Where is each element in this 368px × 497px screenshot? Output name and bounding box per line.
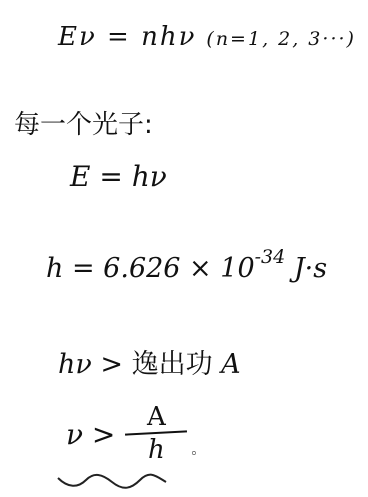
fraction-numerator: A xyxy=(147,402,166,432)
period-mark: 。 xyxy=(191,439,205,459)
work-function-term: 逸出功 xyxy=(132,349,213,380)
planck-unit: J·s xyxy=(285,253,327,284)
planck-exponent: -34 xyxy=(255,246,286,268)
planck-base: h = 6.626 × 10 xyxy=(46,253,255,284)
quantized-energy-formula: Eν = nhν(n=1, 2, 3···) xyxy=(58,22,356,52)
fraction: A h xyxy=(125,402,187,466)
condition-lhs: hν > xyxy=(58,349,132,380)
wavy-underline xyxy=(56,470,168,492)
n-condition: (n=1, 2, 3···) xyxy=(206,28,356,50)
each-photon-label: 每一个光子: xyxy=(14,104,153,141)
planck-constant: h = 6.626 × 10-34 J·s xyxy=(46,246,327,284)
photon-energy-formula: E = hν xyxy=(70,160,167,193)
frequency-lhs: ν > xyxy=(66,418,115,451)
condition-rhs: A xyxy=(213,349,241,380)
fraction-denominator: h xyxy=(148,434,165,466)
formula-text: Eν = nhν xyxy=(58,22,196,52)
threshold-frequency-condition: ν > A h 。 xyxy=(66,402,205,466)
work-function-condition: hν > 逸出功 A xyxy=(58,342,241,381)
